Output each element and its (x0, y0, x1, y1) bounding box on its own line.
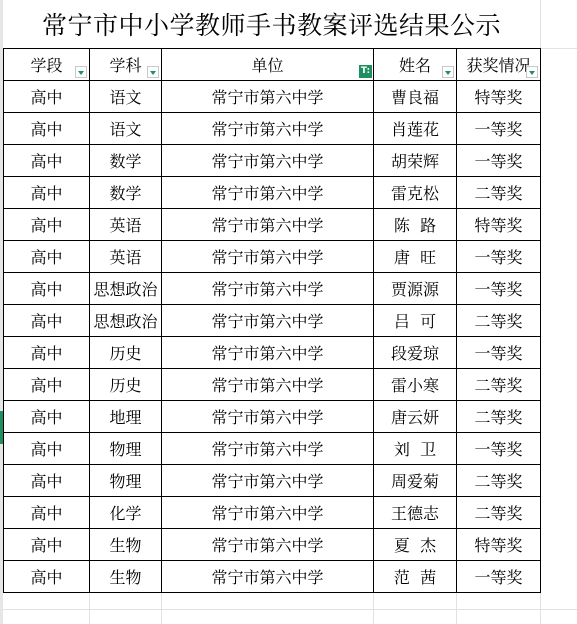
cell-name[interactable]: 段爱琼 (374, 337, 457, 369)
cell-name[interactable]: 雷小寒 (374, 369, 457, 401)
cell-stage[interactable]: 高中 (4, 209, 90, 241)
cell-stage[interactable]: 高中 (4, 177, 90, 209)
table-row: 高中历史常宁市第六中学雷小寒二等奖 (4, 369, 541, 401)
filter-active-icon[interactable]: T: (359, 65, 372, 78)
chevron-down-icon (78, 71, 84, 75)
chevron-down-icon (150, 71, 156, 75)
cell-name[interactable]: 王德志 (374, 497, 457, 529)
cell-subject[interactable]: 物理 (90, 433, 162, 465)
table-row: 高中物理常宁市第六中学周爱菊二等奖 (4, 465, 541, 497)
cell-unit[interactable]: 常宁市第六中学 (162, 209, 374, 241)
cell-subject[interactable]: 生物 (90, 561, 162, 593)
cell-award[interactable]: 二等奖 (457, 177, 541, 209)
cell-award[interactable]: 一等奖 (457, 337, 541, 369)
cell-stage[interactable]: 高中 (4, 465, 90, 497)
cell-stage[interactable]: 高中 (4, 561, 90, 593)
cell-award[interactable]: 一等奖 (457, 273, 541, 305)
cell-subject[interactable]: 历史 (90, 337, 162, 369)
cell-award[interactable]: 一等奖 (457, 113, 541, 145)
table-row: 高中地理常宁市第六中学唐云妍二等奖 (4, 401, 541, 433)
chevron-down-icon (445, 71, 451, 75)
filter-dropdown-name[interactable] (442, 66, 454, 78)
cell-award[interactable]: 特等奖 (457, 529, 541, 561)
cell-subject[interactable]: 历史 (90, 369, 162, 401)
cell-stage[interactable]: 高中 (4, 273, 90, 305)
filter-dropdown-subject[interactable] (147, 66, 159, 78)
table-row: 高中数学常宁市第六中学雷克松二等奖 (4, 177, 541, 209)
cell-name[interactable]: 夏 杰 (374, 529, 457, 561)
cell-subject[interactable]: 数学 (90, 145, 162, 177)
table-row: 高中物理常宁市第六中学刘 卫一等奖 (4, 433, 541, 465)
chevron-down-icon (529, 71, 535, 75)
cell-unit[interactable]: 常宁市第六中学 (162, 113, 374, 145)
cell-award[interactable]: 一等奖 (457, 561, 541, 593)
cell-subject[interactable]: 语文 (90, 81, 162, 113)
cell-subject[interactable]: 物理 (90, 465, 162, 497)
table-row: 高中思想政治常宁市第六中学吕 可二等奖 (4, 305, 541, 337)
cell-unit[interactable]: 常宁市第六中学 (162, 81, 374, 113)
cell-stage[interactable]: 高中 (4, 305, 90, 337)
header-stage[interactable]: 学段 (4, 49, 90, 81)
header-subject[interactable]: 学科 (90, 49, 162, 81)
cell-name[interactable]: 唐云妍 (374, 401, 457, 433)
cell-unit[interactable]: 常宁市第六中学 (162, 401, 374, 433)
cell-unit[interactable]: 常宁市第六中学 (162, 145, 374, 177)
cell-name[interactable]: 范 茜 (374, 561, 457, 593)
table-row: 高中生物常宁市第六中学范 茜一等奖 (4, 561, 541, 593)
cell-award[interactable]: 二等奖 (457, 305, 541, 337)
cell-name[interactable]: 周爱菊 (374, 465, 457, 497)
cell-stage[interactable]: 高中 (4, 369, 90, 401)
cell-name[interactable]: 胡荣辉 (374, 145, 457, 177)
table-row: 高中英语常宁市第六中学唐 旺一等奖 (4, 241, 541, 273)
cell-unit[interactable]: 常宁市第六中学 (162, 529, 374, 561)
cell-subject[interactable]: 英语 (90, 241, 162, 273)
cell-stage[interactable]: 高中 (4, 113, 90, 145)
header-award[interactable]: 获奖情况 (457, 49, 541, 81)
cell-name[interactable]: 陈 路 (374, 209, 457, 241)
table-row: 高中数学常宁市第六中学胡荣辉一等奖 (4, 145, 541, 177)
cell-unit[interactable]: 常宁市第六中学 (162, 177, 374, 209)
cell-award[interactable]: 特等奖 (457, 209, 541, 241)
cell-award[interactable]: 二等奖 (457, 497, 541, 529)
cell-name[interactable]: 吕 可 (374, 305, 457, 337)
table-row: 高中历史常宁市第六中学段爱琼一等奖 (4, 337, 541, 369)
cell-stage[interactable]: 高中 (4, 433, 90, 465)
cell-subject[interactable]: 地理 (90, 401, 162, 433)
cell-name[interactable]: 雷克松 (374, 177, 457, 209)
cell-award[interactable]: 特等奖 (457, 81, 541, 113)
table-row: 高中化学常宁市第六中学王德志二等奖 (4, 497, 541, 529)
cell-name[interactable]: 曹良福 (374, 81, 457, 113)
cell-award[interactable]: 一等奖 (457, 145, 541, 177)
cell-stage[interactable]: 高中 (4, 401, 90, 433)
cell-unit[interactable]: 常宁市第六中学 (162, 305, 374, 337)
cell-unit[interactable]: 常宁市第六中学 (162, 433, 374, 465)
cell-unit[interactable]: 常宁市第六中学 (162, 465, 374, 497)
cell-subject[interactable]: 思想政治 (90, 305, 162, 337)
cell-award[interactable]: 一等奖 (457, 433, 541, 465)
filter-dropdown-stage[interactable] (75, 66, 87, 78)
cell-unit[interactable]: 常宁市第六中学 (162, 273, 374, 305)
table-row: 高中思想政治常宁市第六中学贾源源一等奖 (4, 273, 541, 305)
sheet-title[interactable]: 常宁市中小学教师手书教案评选结果公示 (3, 0, 540, 48)
cell-award[interactable]: 二等奖 (457, 369, 541, 401)
table-row: 高中生物常宁市第六中学夏 杰特等奖 (4, 529, 541, 561)
table-row: 高中语文常宁市第六中学曹良福特等奖 (4, 81, 541, 113)
cell-stage[interactable]: 高中 (4, 81, 90, 113)
cell-stage[interactable]: 高中 (4, 497, 90, 529)
cell-name[interactable]: 肖莲花 (374, 113, 457, 145)
cell-subject[interactable]: 数学 (90, 177, 162, 209)
cell-award[interactable]: 一等奖 (457, 241, 541, 273)
header-name[interactable]: 姓名 (374, 49, 457, 81)
cell-unit[interactable]: 常宁市第六中学 (162, 561, 374, 593)
cell-unit[interactable]: 常宁市第六中学 (162, 337, 374, 369)
cell-subject[interactable]: 思想政治 (90, 273, 162, 305)
cell-stage[interactable]: 高中 (4, 241, 90, 273)
table-row: 高中英语常宁市第六中学陈 路特等奖 (4, 209, 541, 241)
header-row: 学段 学科 单位 T: 姓名 获奖情况 (4, 49, 541, 81)
cell-stage[interactable]: 高中 (4, 145, 90, 177)
cell-unit[interactable]: 常宁市第六中学 (162, 497, 374, 529)
table-row: 高中语文常宁市第六中学肖莲花一等奖 (4, 113, 541, 145)
cell-stage[interactable]: 高中 (4, 337, 90, 369)
cell-subject[interactable]: 化学 (90, 497, 162, 529)
cell-unit[interactable]: 常宁市第六中学 (162, 241, 374, 273)
cell-award[interactable]: 二等奖 (457, 465, 541, 497)
cell-name[interactable]: 唐 旺 (374, 241, 457, 273)
cell-subject[interactable]: 英语 (90, 209, 162, 241)
cell-subject[interactable]: 语文 (90, 113, 162, 145)
header-unit[interactable]: 单位 T: (162, 49, 374, 81)
cell-name[interactable]: 贾源源 (374, 273, 457, 305)
cell-unit[interactable]: 常宁市第六中学 (162, 369, 374, 401)
results-table: 学段 学科 单位 T: 姓名 获奖情况 高中语文常宁市第六中学曹良福特等奖高中语… (3, 48, 541, 593)
filter-dropdown-award[interactable] (526, 66, 538, 78)
cell-name[interactable]: 刘 卫 (374, 433, 457, 465)
cell-award[interactable]: 二等奖 (457, 401, 541, 433)
cell-subject[interactable]: 生物 (90, 529, 162, 561)
cell-stage[interactable]: 高中 (4, 529, 90, 561)
